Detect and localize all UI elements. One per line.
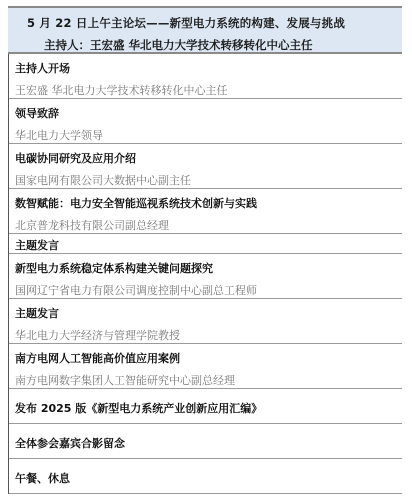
agenda-table: 5 月 22 日上午主论坛——新型电力系统的构建、发展与挑战 主持人：王宏盛 华… (8, 6, 402, 494)
agenda-topic: 新型电力系统稳定体系构建关键问题探究 (15, 260, 213, 276)
agenda-topic: 发布 2025 版《新型电力系统产业创新应用汇编》 (15, 400, 262, 416)
agenda-row: 南方电网人工智能高价值应用案例 南方电网数字集团人工智能研究中心副总经理 (9, 344, 402, 389)
agenda-row: 电碳协同研究及应用介绍 国家电网有限公司大数据中心副主任 (9, 144, 402, 189)
agenda-row: 主题发言 华北电力大学经济与管理学院教授 (9, 299, 402, 344)
agenda-speaker: 华北电力大学领导 (15, 127, 103, 143)
agenda-speaker: 南方电网数字集团人工智能研究中心副总经理 (15, 372, 235, 388)
session-title: 5 月 22 日上午主论坛——新型电力系统的构建、发展与挑战 (27, 15, 345, 31)
agenda-row: 全体参会嘉宾合影留念 (9, 424, 402, 459)
agenda-row: 主题发言 (9, 234, 402, 254)
session-host: 主持人：王宏盛 华北电力大学技术转移转化中心主任 (44, 37, 313, 53)
agenda-topic: 领导致辞 (15, 105, 59, 121)
agenda-topic: 主持人开场 (15, 60, 70, 76)
agenda-speaker: 华北电力大学经济与管理学院教授 (15, 327, 180, 343)
agenda-row: 主持人开场 王宏盛 华北电力大学技术转移转化中心主任 (9, 54, 402, 99)
agenda-topic: 南方电网人工智能高价值应用案例 (15, 350, 180, 366)
agenda-topic: 全体参会嘉宾合影留念 (15, 435, 125, 451)
agenda-topic: 午餐、休息 (15, 470, 70, 486)
agenda-speaker: 王宏盛 华北电力大学技术转移转化中心主任 (15, 82, 228, 98)
agenda-row: 午餐、休息 (9, 459, 402, 494)
agenda-speaker: 北京普龙科技有限公司副总经理 (15, 217, 169, 233)
agenda-speaker: 国网辽宁省电力有限公司调度控制中心副总工程师 (15, 282, 257, 298)
agenda-topic: 主题发言 (15, 237, 59, 253)
agenda-row: 领导致辞 华北电力大学领导 (9, 99, 402, 144)
agenda-topic: 电碳协同研究及应用介绍 (15, 150, 136, 166)
agenda-speaker: 国家电网有限公司大数据中心副主任 (15, 172, 191, 188)
agenda-row: 新型电力系统稳定体系构建关键问题探究 国网辽宁省电力有限公司调度控制中心副总工程… (9, 254, 402, 299)
agenda-row: 发布 2025 版《新型电力系统产业创新应用汇编》 (9, 389, 402, 424)
agenda-topic: 数智赋能：电力安全智能巡视系统技术创新与实践 (15, 195, 257, 211)
agenda-topic: 主题发言 (15, 305, 59, 321)
session-header: 5 月 22 日上午主论坛——新型电力系统的构建、发展与挑战 主持人：王宏盛 华… (8, 6, 402, 54)
agenda-row: 数智赋能：电力安全智能巡视系统技术创新与实践 北京普龙科技有限公司副总经理 (9, 189, 402, 234)
